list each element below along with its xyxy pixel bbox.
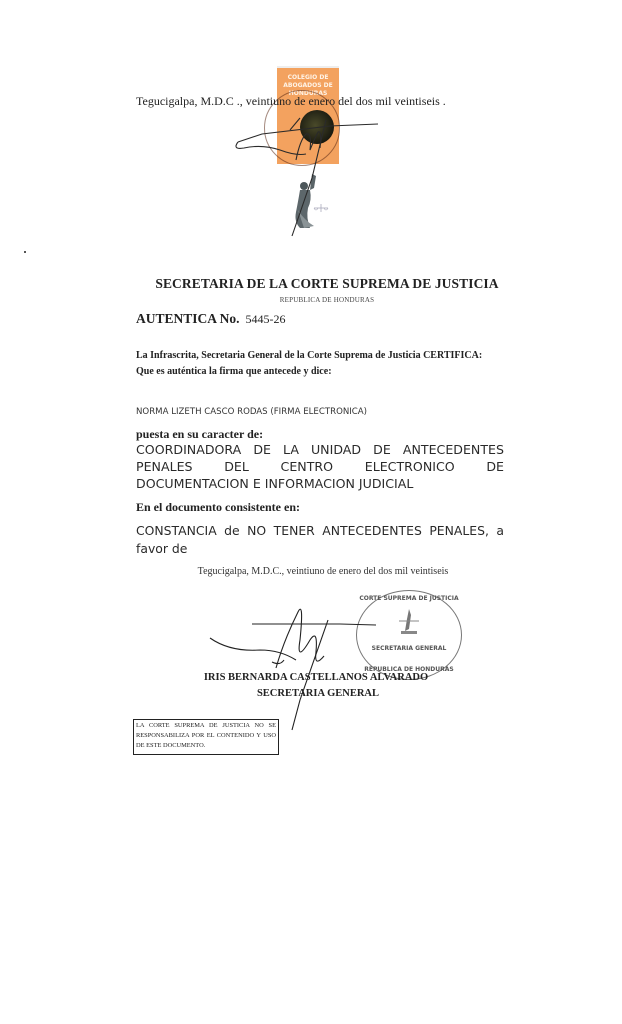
issue-date: Tegucigalpa, M.D.C., veintiuno de enero … bbox=[0, 566, 622, 577]
scan-speck bbox=[24, 251, 26, 253]
seal-center-text: SECRETARIA GENERAL bbox=[357, 645, 461, 652]
autentica-value: 5445-26 bbox=[246, 312, 286, 326]
seal-ring-top-text: CORTE SUPREMA DE JUSTICIA bbox=[357, 595, 461, 602]
signatory-name: IRIS BERNARDA CASTELLANOS ALVARADO bbox=[0, 672, 622, 683]
autentica-label: AUTENTICA No. bbox=[136, 311, 240, 326]
signer-role: COORDINADORA DE LA UNIDAD DE ANTECEDENTE… bbox=[136, 441, 504, 492]
certification-line-2: Que es auténtica la firma que antecede y… bbox=[136, 366, 332, 377]
court-seal: CORTE SUPREMA DE JUSTICIA SECRETARIA GEN… bbox=[356, 590, 462, 680]
signatory-title: SECRETARIA GENERAL bbox=[0, 688, 622, 699]
scales-of-justice-icon bbox=[397, 607, 421, 637]
disclaimer-box: LA CORTE SUPREMA DE JUSTICIA NO SE RESPO… bbox=[133, 719, 279, 755]
document-label: En el documento consistente en: bbox=[136, 500, 300, 515]
certification-line-1: La Infrascrita, Secretaria General de la… bbox=[136, 350, 482, 361]
notary-seal-emblem bbox=[300, 110, 334, 144]
secretary-signature bbox=[210, 609, 376, 730]
place-date-header: Tegucigalpa, M.D.C ., veintiuno de enero… bbox=[136, 94, 446, 109]
document-description: CONSTANCIA de NO TENER ANTECEDENTES PENA… bbox=[136, 522, 504, 558]
issuer-heading: SECRETARIA DE LA CORTE SUPREMA DE JUSTIC… bbox=[0, 276, 622, 292]
autentica-number: AUTENTICA No.5445-26 bbox=[136, 311, 286, 327]
lady-justice-icon bbox=[290, 172, 330, 230]
signer-name: NORMA LIZETH CASCO RODAS (FIRMA ELECTRON… bbox=[136, 407, 367, 417]
role-label: puesta en su caracter de: bbox=[136, 427, 263, 442]
issuer-subheading: REPUBLICA DE HONDURAS bbox=[0, 296, 622, 304]
